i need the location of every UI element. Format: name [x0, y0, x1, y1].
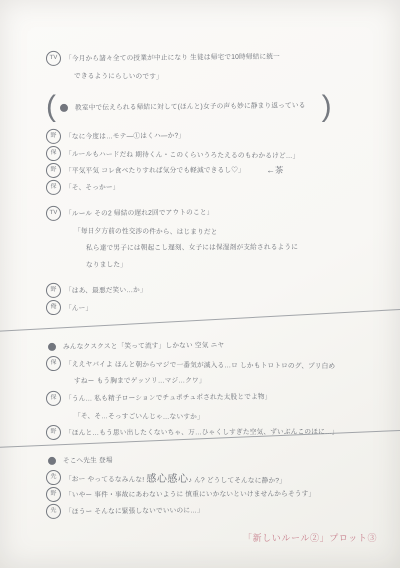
- speaker-badge: 野: [46, 129, 61, 144]
- handwritten-text: そこへ先生 登場: [63, 455, 113, 466]
- handwritten-text: 「そ、そっかー」: [65, 182, 120, 193]
- note-line: みんなクスクスと「笑って流す」しかない 空気 ニヤ: [46, 334, 396, 355]
- note-line: 保「うん… 私も精子ローションでチュポチュポされた太股とでよ物」: [46, 386, 396, 407]
- note-line: 野「なに今度は…モテ―①はくハ―か?」: [46, 124, 396, 145]
- bullet-dot: [48, 456, 56, 464]
- handwritten-text: すねー もう胸までゲッソリ…マジ…クワ」: [74, 375, 206, 386]
- handwritten-text: みんなクスクスと「笑って流す」しかない 空気 ニヤ: [63, 340, 224, 352]
- note-line: 教室中で伝えられる帰結に対して(ほんと)女子の声も妙に静まり返っている: [58, 96, 318, 116]
- handwritten-text: 「ほうー そんなに緊張しないでいいのに…」: [65, 505, 204, 516]
- handwritten-text: 「毎日夕方前の性交渉の件から、はじまりだと: [74, 226, 218, 237]
- handwritten-text: 「平気平気 コレ食べたりすれば気分でも軽減できるし♡」: [65, 165, 245, 176]
- handwritten-text: 「なに今度は…モテ―①はくハ―か?」: [65, 130, 185, 141]
- note-line: できるようにらしいのです」: [74, 67, 396, 87]
- note-line: TV「ルール その2 帰結の遅れ2回でアウトのこと」: [46, 201, 396, 222]
- note-block-tv-announcement: TV「今月から諸々全ての授業が中止になり 生徒は帰宅で10時帰結に統一できるよう…: [46, 50, 396, 84]
- speaker-badge: TV: [46, 206, 61, 221]
- note-line: 俺「んー」: [46, 299, 396, 319]
- handwritten-text: 「ルールもハードだね 期待くん・このくらいうろたえるのもわかるけど…」: [65, 149, 300, 161]
- note-line: 野「はあ、最悪だ笑い…か」: [46, 278, 396, 299]
- handwritten-text: なりました」: [86, 259, 127, 269]
- handwritten-text: 「うん… 私も精子ローションでチュポチュポされた太股とでよ物」: [65, 391, 272, 403]
- handwritten-text: 「ルール その2 帰結の遅れ2回でアウトのこと」: [65, 207, 214, 219]
- note-line: なりました」: [86, 253, 396, 273]
- note-line: そこへ先生 登場: [46, 448, 396, 469]
- arrow-note: ←茶: [266, 163, 283, 175]
- emphasized-text: 感心感心: [146, 473, 188, 485]
- speaker-badge: 野: [46, 487, 61, 502]
- speaker-badge: 先: [46, 504, 61, 519]
- bullet-dot: [60, 103, 68, 111]
- speaker-badge: 先: [46, 470, 61, 485]
- handwritten-text: 「そ、そ…そっすごいんじゃ…ないすか」: [74, 411, 204, 422]
- speaker-badge: 保: [46, 180, 61, 195]
- note-block-reaction: 野「なに今度は…モテ―①はくハ―か?」保「ルールもハードだね 期待くん・このくら…: [46, 128, 396, 196]
- note-line: 先「ほうー そんなに緊張しないでいいのに…」: [46, 499, 396, 520]
- handwritten-text: 「ほんと…もう思い出したくないちゃ、万…ひゃくしすぎた空気、ずいぶんこのほに…」: [65, 426, 339, 437]
- speaker-badge: 保: [46, 391, 61, 406]
- handwritten-text: 「いやー 事件・事故にあわないように 慎重にいかないといけませんからそうす」: [65, 488, 315, 499]
- speaker-badge: 野: [46, 163, 61, 178]
- speaker-badge: 野: [46, 425, 61, 440]
- note-block-despair: 野「はあ、最悪だ笑い…か」俺「んー」: [46, 282, 396, 316]
- handwritten-text: 教室中で伝えられる帰結に対して(ほんと)女子の声も妙に静まり返っている: [75, 99, 306, 111]
- note-line: TV「今月から諸々全ての授業が中止になり 生徒は帰宅で10時帰結に統一: [46, 46, 396, 67]
- handwritten-text: 「はあ、最悪だ笑い…か」: [65, 284, 147, 295]
- handwritten-text: 私ら達で男子には朝起こし遅刻、女子には保湿剤が支給されるように: [86, 242, 298, 253]
- note-line: 保「そ、そっかー」: [46, 175, 396, 196]
- handwritten-text: 「今月から諸々全ての授業が中止になり 生徒は帰宅で10時帰結に統一: [65, 51, 280, 63]
- note-block-aside: 教室中で伝えられる帰結に対して(ほんと)女子の声も妙に静まり返っている: [46, 92, 396, 122]
- speaker-badge: 保: [46, 146, 61, 161]
- page-footer-label: 「新しいルール②」プロット③: [243, 531, 377, 544]
- speaker-badge: 保: [46, 356, 61, 371]
- handwritten-text: できるようにらしいのです」: [74, 71, 163, 82]
- note-block-rule-2: TV「ルール その2 帰結の遅れ2回でアウトのこと」「毎日夕方前の性交渉の件から…: [46, 205, 396, 273]
- bullet-dot: [48, 342, 56, 350]
- notebook-page: TV「今月から諸々全ての授業が中止になり 生徒は帰宅で10時帰結に統一できるよう…: [0, 0, 400, 568]
- handwritten-text: 「ええヤバイよ ほんと朝からマジで一番気が滅入る…ロ しかもトロトロのグ、プリ白…: [65, 359, 335, 371]
- speaker-badge: 野: [46, 283, 61, 298]
- handwritten-text: 「んー」: [65, 303, 92, 313]
- speaker-badge: 俺: [46, 300, 61, 315]
- note-block-murmur: みんなクスクスと「笑って流す」しかない 空気 ニヤ保「ええヤバイよ ほんと朝から…: [46, 338, 396, 389]
- note-block-teacher: そこへ先生 登場先「おー やってるなみんな! 感心感心♪ ん? どうしてそんなに…: [46, 452, 396, 520]
- speaker-badge: TV: [46, 51, 61, 66]
